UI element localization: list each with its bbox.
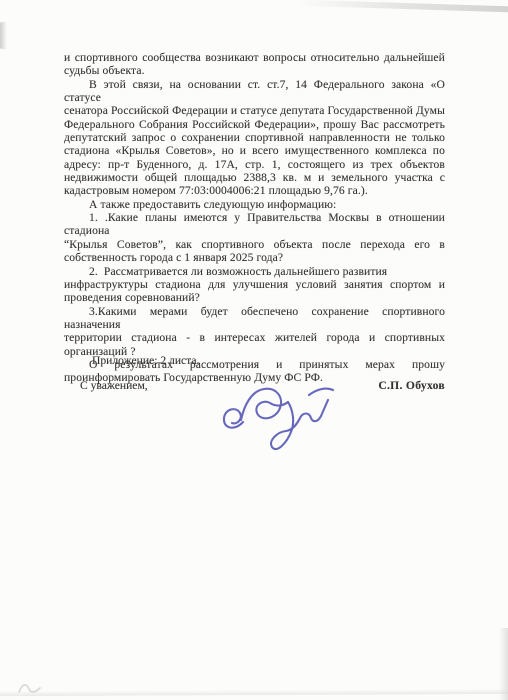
text-line: “Крылья Советов”, как спортивного объект… bbox=[64, 238, 445, 251]
text-line: В этой связи, на основании ст. ст.7, 14 … bbox=[64, 78, 445, 105]
closing-salutation: С уважением, bbox=[80, 379, 148, 392]
attachment-note: Приложение: 2 листа. bbox=[92, 354, 199, 367]
scan-artifact-top-streak bbox=[296, 0, 508, 12]
text-line: 2. Рассматривается ли возможность дальне… bbox=[64, 265, 445, 278]
text-line: адресу: пр-т Буденного, д. 17А, стр. 1, … bbox=[64, 158, 445, 171]
text-line: кадастровым номером 77:03:0004006:21 пло… bbox=[64, 184, 445, 197]
scan-artifact-bottom-shadow bbox=[0, 689, 508, 696]
text-line: недвижимости общей площадью 2388,3 кв. м… bbox=[64, 171, 445, 184]
text-line: и спортивного сообщества возникают вопро… bbox=[64, 51, 445, 64]
paragraph: 3.Какими мерами будет обеспечено сохране… bbox=[64, 305, 445, 358]
scan-artifact-left-smudge bbox=[0, 22, 7, 49]
paragraph: 2. Рассматривается ли возможность дальне… bbox=[64, 265, 445, 305]
scan-artifact-bottom-mark bbox=[16, 676, 44, 698]
text-line: собственность города с 1 января 2025 год… bbox=[64, 251, 445, 264]
text-line: А также предоставить следующую информаци… bbox=[64, 198, 445, 211]
text-line: стадиона «Крылья Советов», но и всего им… bbox=[64, 144, 445, 157]
text-line: проведения соревнований? bbox=[64, 291, 445, 304]
paragraph: А также предоставить следующую информаци… bbox=[64, 198, 445, 211]
signatory-name: С.П. Обухов bbox=[378, 379, 445, 392]
text-line: инфраструктуры стадиона для улучшения ус… bbox=[64, 278, 445, 291]
text-line: 3.Какими мерами будет обеспечено сохране… bbox=[64, 305, 445, 332]
letter-body: и спортивного сообщества возникают вопро… bbox=[64, 51, 445, 385]
handwritten-signature bbox=[205, 378, 340, 473]
text-line: территории стадиона - в интересах жителе… bbox=[64, 331, 445, 344]
paragraph: и спортивного сообщества возникают вопро… bbox=[64, 51, 445, 78]
text-line: судьбы объекта. bbox=[64, 64, 445, 77]
paragraph: 1. .Какие планы имеются у Правительства … bbox=[64, 211, 445, 264]
paragraph: В этой связи, на основании ст. ст.7, 14 … bbox=[64, 78, 445, 198]
text-line: депутатский запрос о сохранении спортивн… bbox=[64, 131, 445, 144]
text-line: 1. .Какие планы имеются у Правительства … bbox=[64, 211, 445, 238]
text-line: сенатора Российской Федерации и статусе … bbox=[64, 104, 445, 117]
text-line: Федерального Собрания Российской Федерац… bbox=[64, 118, 445, 131]
letter-page: и спортивного сообщества возникают вопро… bbox=[0, 0, 508, 700]
